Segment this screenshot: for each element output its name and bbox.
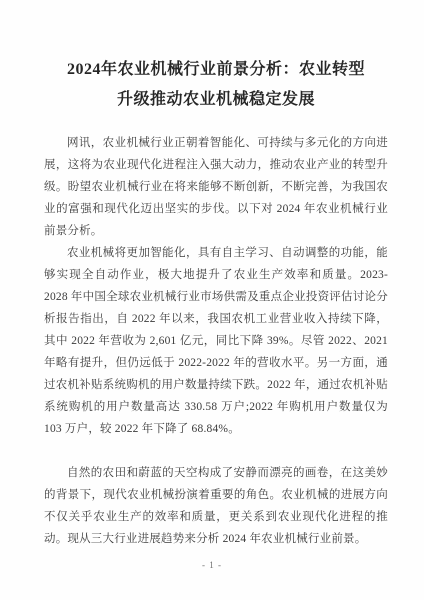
page-number: - 1 - [0, 560, 424, 570]
document-page: 2024年农业机械行业前景分析：农业转型 升级推动农业机械稳定发展 网讯，农业机… [0, 0, 424, 600]
document-title: 2024年农业机械行业前景分析：农业转型 升级推动农业机械稳定发展 [44, 55, 388, 115]
paragraph-market-analysis: 农业机械将更加智能化，具有自主学习、自动调整的功能，能够实现全自动作业，极大地提… [44, 242, 388, 440]
document-body: 网讯，农业机械行业正朝着智能化、可持续与多元化的方向进展，这将为农业现代化进程注… [44, 132, 388, 550]
document-title-line-1: 2024年农业机械行业前景分析：农业转型 [44, 55, 388, 85]
document-title-line-2: 升级推动农业机械稳定发展 [44, 85, 388, 115]
paragraph-outlook: 自然的农田和蔚蓝的天空构成了安静而漂亮的画卷，在这美妙的背景下，现代农业机械扮演… [44, 462, 388, 550]
paragraph-intro: 网讯，农业机械行业正朝着智能化、可持续与多元化的方向进展，这将为农业现代化进程注… [44, 132, 388, 242]
